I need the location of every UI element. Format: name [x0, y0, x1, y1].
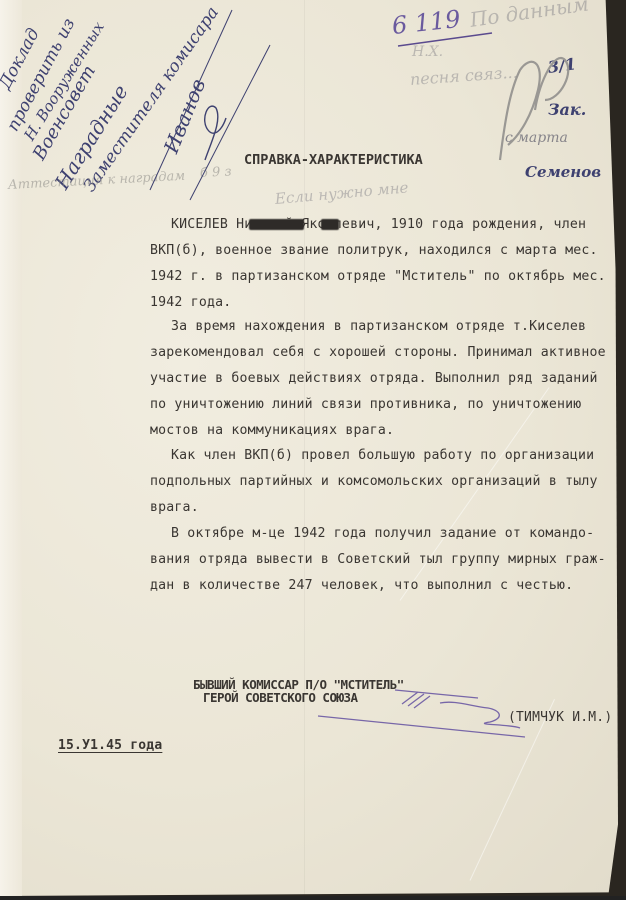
scanner-edge: [0, 896, 626, 900]
signature-stroke: [318, 690, 525, 737]
document-page: По данным песня связ... Если нужно мне 6…: [0, 0, 618, 896]
underline-stroke: [398, 33, 492, 46]
pencil-mark-icon: [500, 58, 568, 160]
pen-strokes: [0, 0, 618, 896]
